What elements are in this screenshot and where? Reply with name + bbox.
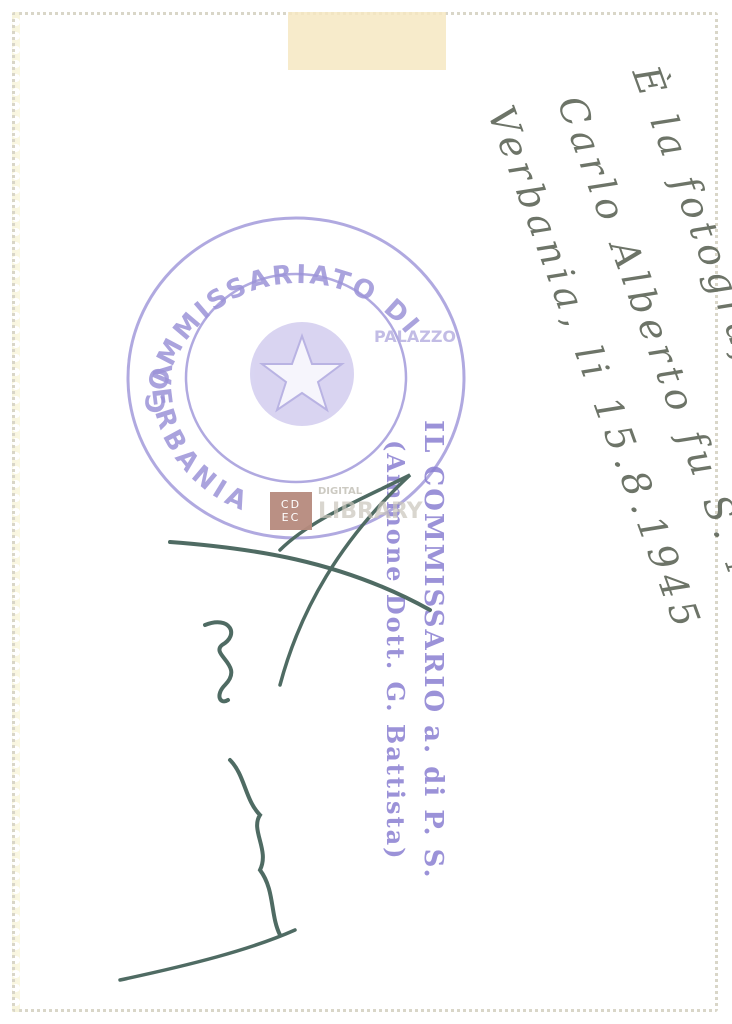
library-watermark: CD EC DIGITAL LIBRARY: [270, 492, 423, 530]
watermark-small-label: DIGITAL: [318, 486, 362, 497]
watermark-label: LIBRARY: [318, 499, 423, 524]
adhesive-tape-remnant: [288, 12, 446, 70]
cdec-logo: CD EC: [270, 492, 312, 530]
